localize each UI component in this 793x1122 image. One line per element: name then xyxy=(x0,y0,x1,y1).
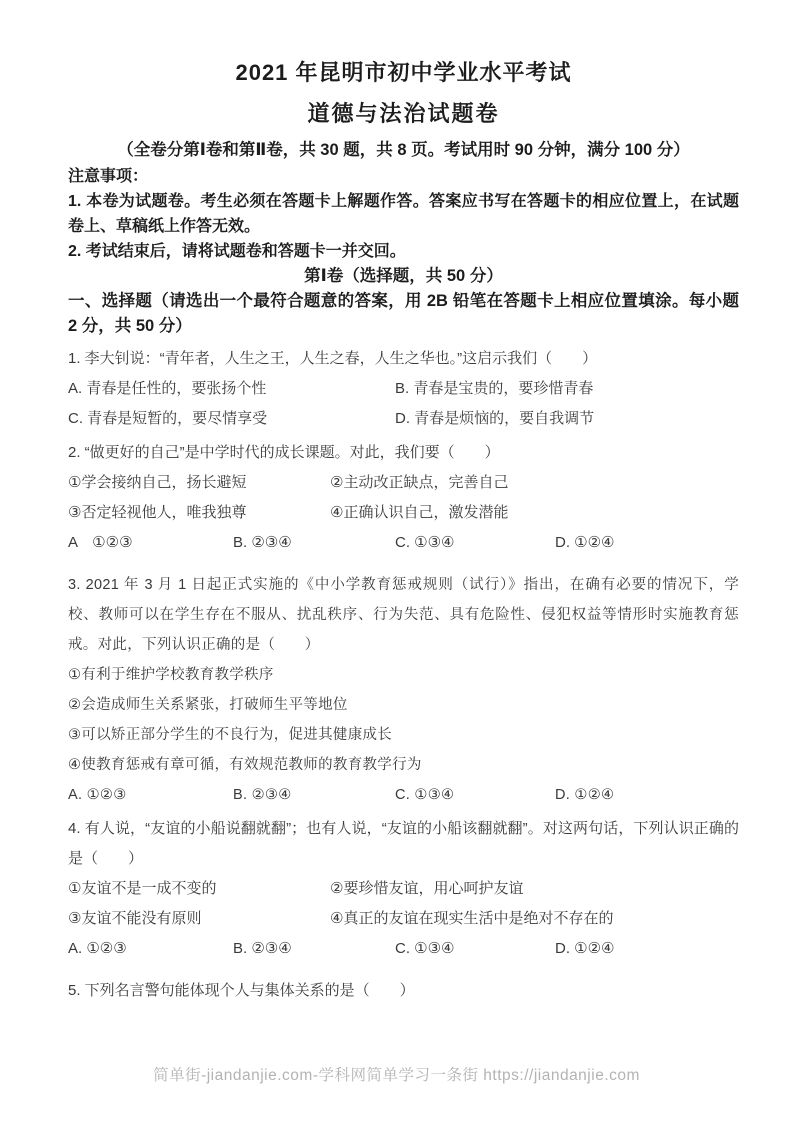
question-5: 5. 下列名言警句能体现个人与集体关系的是（ ） xyxy=(68,976,739,1006)
exam-meta-line: （全卷分第Ⅰ卷和第Ⅱ卷，共 30 题，共 8 页。考试用时 90 分钟，满分 1… xyxy=(68,138,739,162)
notice-heading: 注意事项： xyxy=(68,164,739,189)
part1-instructions: 一、选择题（请选出一个最符合题意的答案，用 2B 铅笔在答题卡上相应位置填涂。每… xyxy=(68,289,739,339)
question-2-subitems-row-2: ③否定轻视他人，唯我独尊 ④正确认识自己，激发潜能 xyxy=(68,498,739,528)
question-4: 4. 有人说，“友谊的小船说翻就翻”；也有人说，“友谊的小船该翻就翻”。对这两句… xyxy=(68,814,739,964)
question-1-options-row-2: C. 青春是短暂的，要尽情享受 D. 青春是烦恼的，要自我调节 xyxy=(68,404,739,434)
question-3-answers-row: A. ①②③ B. ②③④ C. ①③④ D. ①②④ xyxy=(68,780,739,810)
question-2-answer-c: C. ①③④ xyxy=(395,528,555,558)
question-4-subitem-1: ①友谊不是一成不变的 xyxy=(68,874,330,904)
question-4-subitems-row-2: ③友谊不能没有原则 ④真正的友谊在现实生活中是绝对不存在的 xyxy=(68,904,739,934)
watermark-footer: 简单街-jiandanjie.com-学科网简单学习一条街 https://ji… xyxy=(0,1063,793,1085)
question-1-option-a: A. 青春是任性的，要张扬个性 xyxy=(68,374,395,404)
question-2-subitems-row-1: ①学会接纳自己，扬长避短 ②主动改正缺点，完善自己 xyxy=(68,468,739,498)
notice-item-2: 2. 考试结束后，请将试题卷和答题卡一并交回。 xyxy=(68,239,739,264)
question-3-subitem-1: ①有利于维护学校教育教学秩序 xyxy=(68,660,739,690)
question-1-stem: 1. 李大钊说：“青年者，人生之王，人生之春，人生之华也。”这启示我们（ ） xyxy=(68,344,739,374)
question-2-answer-b: B. ②③④ xyxy=(233,528,395,558)
question-4-answers-row: A. ①②③ B. ②③④ C. ①③④ D. ①②④ xyxy=(68,934,739,964)
question-2-subitem-2: ②主动改正缺点，完善自己 xyxy=(330,468,739,498)
question-1-option-b: B. 青春是宝贵的，要珍惜青春 xyxy=(395,374,739,404)
question-4-subitem-4: ④真正的友谊在现实生活中是绝对不存在的 xyxy=(330,904,739,934)
question-3-stem: 3. 2021 年 3 月 1 日起正式实施的《中小学教育惩戒规则（试行）》指出… xyxy=(68,570,739,660)
question-2-answers-row: A ①②③ B. ②③④ C. ①③④ D. ①②④ xyxy=(68,528,739,558)
question-4-answer-d: D. ①②④ xyxy=(555,934,739,964)
question-3-subitem-4: ④使教育惩戒有章可循，有效规范教师的教育教学行为 xyxy=(68,750,739,780)
question-4-answer-c: C. ①③④ xyxy=(395,934,555,964)
section1-heading: 第Ⅰ卷（选择题，共 50 分） xyxy=(68,264,739,289)
question-1-options-row-1: A. 青春是任性的，要张扬个性 B. 青春是宝贵的，要珍惜青春 xyxy=(68,374,739,404)
question-3-subitem-3: ③可以矫正部分学生的不良行为，促进其健康成长 xyxy=(68,720,739,750)
question-3-answer-c: C. ①③④ xyxy=(395,780,555,810)
question-4-subitem-2: ②要珍惜友谊，用心呵护友谊 xyxy=(330,874,739,904)
question-5-stem: 5. 下列名言警句能体现个人与集体关系的是（ ） xyxy=(68,976,739,1006)
page-title: 2021 年昆明市初中学业水平考试 xyxy=(68,58,739,88)
question-3-answer-a: A. ①②③ xyxy=(68,780,233,810)
question-1-option-c: C. 青春是短暂的，要尽情享受 xyxy=(68,404,395,434)
question-3: 3. 2021 年 3 月 1 日起正式实施的《中小学教育惩戒规则（试行）》指出… xyxy=(68,570,739,810)
question-2-subitem-4: ④正确认识自己，激发潜能 xyxy=(330,498,739,528)
question-2-subitem-1: ①学会接纳自己，扬长避短 xyxy=(68,468,330,498)
question-2-stem: 2. “做更好的自己”是中学时代的成长课题。对此，我们要（ ） xyxy=(68,438,739,468)
question-1: 1. 李大钊说：“青年者，人生之王，人生之春，人生之华也。”这启示我们（ ） A… xyxy=(68,344,739,434)
question-3-subitem-2: ②会造成师生关系紧张，打破师生平等地位 xyxy=(68,690,739,720)
question-2-answer-d: D. ①②④ xyxy=(555,528,739,558)
question-4-subitems-row-1: ①友谊不是一成不变的 ②要珍惜友谊，用心呵护友谊 xyxy=(68,874,739,904)
question-3-answer-d: D. ①②④ xyxy=(555,780,739,810)
question-4-subitem-3: ③友谊不能没有原则 xyxy=(68,904,330,934)
question-1-option-d: D. 青春是烦恼的，要自我调节 xyxy=(395,404,739,434)
notice-item-1: 1. 本卷为试题卷。考生必须在答题卡上解题作答。答案应书写在答题卡的相应位置上，… xyxy=(68,189,739,239)
question-3-answer-b: B. ②③④ xyxy=(233,780,395,810)
page-subtitle: 道德与法治试题卷 xyxy=(68,100,739,128)
question-4-answer-b: B. ②③④ xyxy=(233,934,395,964)
question-2-subitem-3: ③否定轻视他人，唯我独尊 xyxy=(68,498,330,528)
question-2: 2. “做更好的自己”是中学时代的成长课题。对此，我们要（ ） ①学会接纳自己，… xyxy=(68,438,739,558)
question-4-answer-a: A. ①②③ xyxy=(68,934,233,964)
exam-paper-page: 2021 年昆明市初中学业水平考试 道德与法治试题卷 （全卷分第Ⅰ卷和第Ⅱ卷，共… xyxy=(0,0,793,1006)
question-4-stem: 4. 有人说，“友谊的小船说翻就翻”；也有人说，“友谊的小船该翻就翻”。对这两句… xyxy=(68,814,739,874)
question-2-answer-a: A ①②③ xyxy=(68,528,233,558)
